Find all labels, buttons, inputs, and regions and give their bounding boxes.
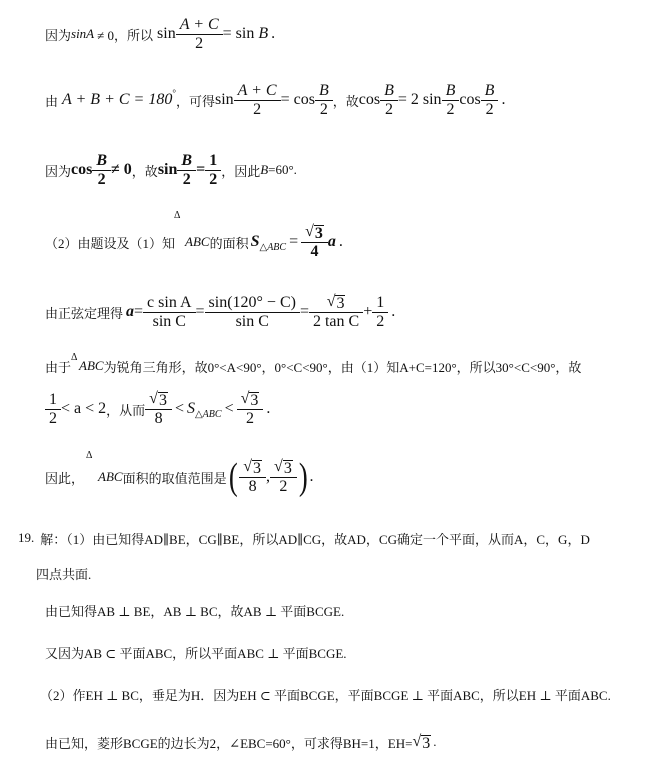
text: . [433,734,436,750]
text: （2）作EH ⊥ BC，垂足为H．因为EH ⊂ 平面BCGE，平面BCGE ⊥ … [40,685,611,704]
numerator: 1 [374,294,386,312]
math: sin [157,25,176,43]
math: ABC [98,469,123,485]
text: 因为 [45,25,71,44]
line-4: （2）由题设及（1）知 ABC 的面积 S △ABC = √3 4 a . [45,222,343,262]
denominator: sin C [205,312,300,331]
math: B [258,25,268,43]
numerator: B [94,152,109,170]
subscript: △ABC [260,242,287,253]
denominator: 2 [205,170,221,189]
text: 由于 [45,357,71,376]
text: （2）由题设及（1）知 [45,233,175,252]
text: 解：（1）由已知得AD∥BE，CG∥BE，所以AD∥CG，故AD，CG确定一个平… [40,529,590,548]
math: < [175,400,184,418]
math: < a < 2 [61,400,106,418]
math: . [309,468,313,486]
denominator: 8 [239,477,266,496]
sqrt: √3 [147,390,170,409]
fraction: c sin A sin C [145,294,193,331]
math: . [391,303,395,321]
fraction: √3 8 [241,458,264,496]
fraction: B 2 [94,152,109,189]
math: = [289,233,298,251]
fraction: B 2 [444,82,458,119]
sqrt: √3 [412,733,431,752]
text: 由 [45,91,58,110]
denominator: 2 [372,312,388,331]
fraction: √3 2 [272,458,295,496]
math: ABC [79,358,104,374]
denominator: 2 [45,409,61,428]
fraction: B 2 [483,82,497,119]
numerator: c sin A [145,294,193,312]
text: 又因为AB ⊂ 平面ABC，所以平面ABC ⊥ 平面BCGE. [45,643,347,662]
math: sin [158,161,178,179]
denominator: sin C [143,312,195,331]
math: S [251,233,260,251]
denominator: 2 [315,100,333,119]
fraction: 1 2 [207,152,219,189]
denominator: 2 [234,100,281,119]
line-1: 因为 sinA ≠ 0，所以 sin A + C 2 = sin B . [45,14,275,54]
denominator: 4 [301,242,328,261]
denominator: 2 [442,100,460,119]
fraction: sin(120° − C) sin C [207,294,298,331]
fraction: √3 4 [303,223,326,261]
denominator: 2 [176,34,223,53]
fraction: A + C 2 [178,16,221,53]
fraction: 1 2 [374,294,386,331]
math: + [363,303,372,321]
sqrt: √3 [272,458,295,477]
denominator: 8 [145,409,172,428]
math: cos [359,91,380,109]
numerator: 1 [207,152,219,170]
math: cos [71,161,92,179]
line-3: 因为 cos B 2 ≠ 0 ，故 sin B 2 = 1 2 ，因此 B =6… [45,150,297,190]
sqrt: √3 [241,458,264,477]
numerator: A + C [236,82,279,100]
numerator: sin(120° − C) [207,294,298,312]
math: A + B + C = 180 [62,91,172,109]
fraction: √3 2 tan C [311,293,361,331]
fraction: 1 2 [47,391,59,428]
line-5: 由正弦定理得 a = c sin A sin C = sin(120° − C)… [45,290,395,334]
fraction: B 2 [382,82,396,119]
right-paren: ) [299,458,308,496]
denominator: 2 tan C [309,312,363,331]
numerator: B [179,152,194,170]
fraction: A + C 2 [236,82,279,119]
math: S [187,400,195,418]
line-12: 又因为AB ⊂ 平面ABC，所以平面ABC ⊥ 平面BCGE. [45,642,347,662]
math: = [300,303,309,321]
math: a [328,233,336,251]
sqrt: √3 [325,293,348,312]
text: 由已知得AB ⊥ BE，AB ⊥ BC，故AB ⊥ 平面BCGE. [45,601,344,620]
numerator: B [382,82,396,100]
math: = sin [223,25,255,43]
math: B [260,162,268,178]
line-2: 由 A + B + C = 180 ° ，可得 sin A + C 2 = co… [45,80,505,120]
numerator: B [444,82,458,100]
math: = [196,161,205,179]
numerator: B [317,82,331,100]
text: ，因此 [221,161,260,180]
math: sin [215,91,234,109]
text: =60°. [268,162,297,178]
math: = [196,303,205,321]
numerator: B [483,82,497,100]
math: cos [459,91,480,109]
triangle-icon: Δ [174,210,180,221]
denominator: 2 [481,100,499,119]
math: . [271,25,275,43]
left-paren: ( [228,458,237,496]
denominator: 2 [237,409,264,428]
math: . [501,91,505,109]
math: a [126,303,134,321]
line-7: 1 2 < a < 2 ，从而 √3 8 < S △ABC < √3 2 . [45,388,270,430]
fraction: √3 8 [147,390,170,428]
text: ，可得 [176,91,215,110]
line-10: 四点共面. [36,563,91,583]
sqrt: √3 [239,390,262,409]
subscript: △ABC [195,409,222,420]
text: 的面积 [210,233,249,252]
text: 因为 [45,161,71,180]
numerator: 1 [47,391,59,409]
fraction: √3 2 [239,390,262,428]
denominator: 2 [270,477,297,496]
line-8: 因此， ABC 面积的取值范围是 ( √3 8 , √3 2 ) . [45,455,313,499]
math: < [225,400,234,418]
text: 由已知，菱形BCGE的边长为2，∠EBC=60°，可求得BH=1，EH= [45,733,412,752]
math: = 2 sin [398,91,442,109]
text: 因此， [45,468,84,487]
text: 为锐角三角形，故0°<A<90°，0°<C<90°，由（1）知A+C=120°，… [104,357,582,376]
question-number: 19. [18,530,34,546]
text: ，故 [132,161,158,180]
text: 四点共面. [36,564,91,583]
line-13: （2）作EH ⊥ BC，垂足为H．因为EH ⊂ 平面BCGE，平面BCGE ⊥ … [40,684,611,704]
denominator: 2 [380,100,398,119]
math: = [134,303,143,321]
line-9: 19. 解：（1）由已知得AD∥BE，CG∥BE，所以AD∥CG，故AD，CG确… [18,528,590,548]
math: . [266,400,270,418]
text: 面积的取值范围是 [123,468,227,487]
line-14: 由已知，菱形BCGE的边长为2，∠EBC=60°，可求得BH=1，EH= √3 … [45,730,436,754]
line-11: 由已知得AB ⊥ BE，AB ⊥ BC，故AB ⊥ 平面BCGE. [45,600,344,620]
text: ，故 [333,91,359,110]
denominator: 2 [92,170,111,189]
math: sinA [71,26,94,42]
line-6: 由于 ABC 为锐角三角形，故0°<A<90°，0°<C<90°，由（1）知A+… [45,356,581,376]
math: = cos [281,91,315,109]
numerator: A + C [178,16,221,34]
fraction: B 2 [317,82,331,119]
fraction: B 2 [179,152,194,189]
text: ≠ 0，所以 [97,25,153,44]
math: . [339,233,343,251]
sqrt: √3 [303,223,326,242]
text: 由正弦定理得 [45,303,123,322]
math: ≠ 0 [111,161,132,179]
math: ABC [185,234,210,250]
denominator: 2 [177,170,196,189]
text: ，从而 [106,400,145,419]
